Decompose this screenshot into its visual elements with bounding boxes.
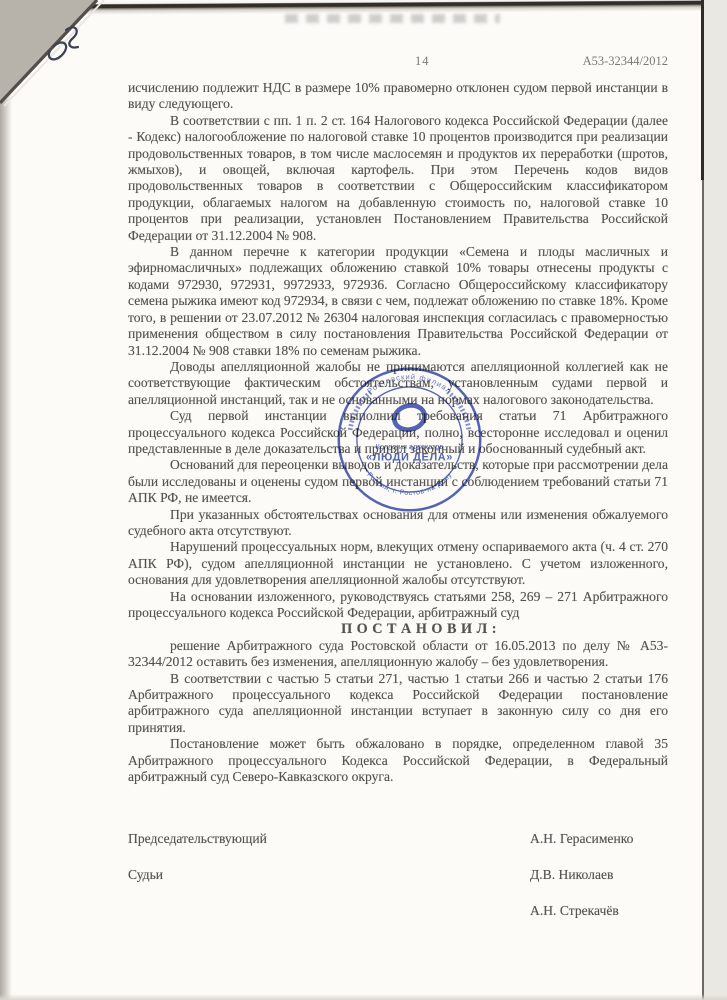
signature-row: Судьи Д.В. Николаев — [128, 867, 668, 884]
scanned-court-document-page: 14 А53-32344/2012 исчислению подлежит НД… — [0, 0, 727, 1000]
signature-name: А.Н. Герасименко — [530, 831, 633, 847]
document-body: исчислению подлежит НДС в размере 10% пр… — [128, 80, 668, 939]
scan-ink-smudge — [285, 14, 500, 23]
page-number: 14 — [415, 54, 430, 69]
scan-right-edge-shadow — [702, 0, 727, 1000]
signature-row: Председательствующий А.Н. Герасименко — [128, 831, 668, 848]
paragraph: Доводы апелляционной жалобы не принимают… — [128, 359, 668, 408]
signature-name: Д.В. Николаев — [530, 867, 613, 883]
paragraph: Оснований для переоценки выводов и доказ… — [128, 457, 668, 506]
paragraph: исчислению подлежит НДС в размере 10% пр… — [128, 80, 668, 113]
resolution-heading: П О С Т А Н О В И Л : — [128, 621, 668, 637]
folded-corner — [0, 0, 112, 112]
paragraph: Суд первой инстанции выполнил требования… — [128, 408, 668, 457]
paragraph: При указанных обстоятельствах основания … — [128, 507, 668, 540]
paragraph: Постановление может быть обжаловано в по… — [128, 736, 668, 785]
signature-role: Председательствующий — [128, 831, 267, 846]
scan-top-edge-shadow — [58, 0, 727, 15]
signature-block: Председательствующий А.Н. Герасименко Су… — [128, 831, 668, 920]
signature-name: А.Н. Стрекачёв — [530, 903, 619, 919]
paragraph: На основании изложенного, руководствуясь… — [128, 589, 668, 622]
signature-row: А.Н. Стрекачёв — [128, 903, 668, 920]
signature-role: Судьи — [128, 867, 163, 882]
scan-bottom-edge-shadow — [0, 994, 727, 1000]
scan-left-edge-shadow — [0, 0, 12, 1000]
paragraph: В соответствии с частью 5 статьи 271, ча… — [128, 671, 668, 737]
case-number: А53-32344/2012 — [583, 54, 668, 69]
paragraph: решение Арбитражного суда Ростовской обл… — [128, 638, 668, 671]
paragraph: Нарушений процессуальных норм, влекущих … — [128, 539, 668, 588]
paragraph: В данном перечне к категории продукции «… — [128, 244, 668, 359]
paragraph: В соответствии с пп. 1 п. 2 ст. 164 Нало… — [128, 113, 668, 244]
